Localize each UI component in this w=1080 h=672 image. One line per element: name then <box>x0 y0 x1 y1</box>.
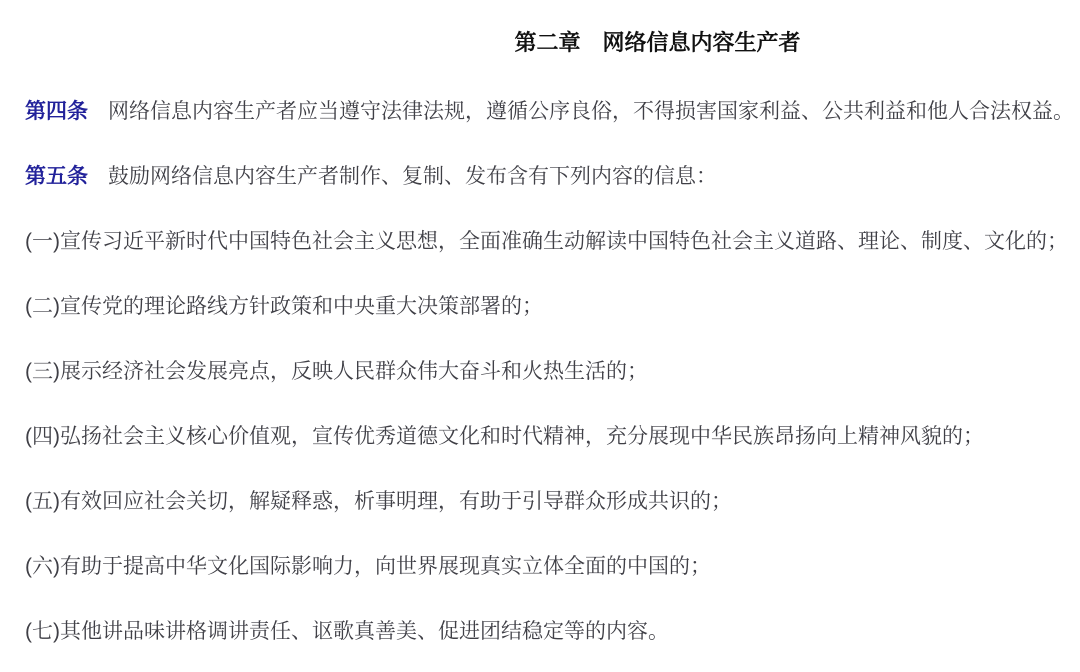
list-item-1: (一)宣传习近平新时代中国特色社会主义思想，全面准确生动解读中国特色社会主义道路… <box>25 209 1070 274</box>
article-4-text: 网络信息内容生产者应当遵守法律法规，遵循公序良俗，不得损害国家利益、公共利益和他… <box>108 100 1074 123</box>
list-item-6: (六)有助于提高中华文化国际影响力，向世界展现真实立体全面的中国的； <box>25 534 1070 599</box>
list-item-4: (四)弘扬社会主义核心价值观，宣传优秀道德文化和时代精神，充分展现中华民族昂扬向… <box>25 404 1070 469</box>
list-item-5: (五)有效回应社会关切，解疑释惑，析事明理，有助于引导群众形成共识的； <box>25 469 1070 534</box>
article-4-label: 第四条 <box>25 100 88 123</box>
article-paragraph: 第五条鼓励网络信息内容生产者制作、复制、发布含有下列内容的信息： <box>25 144 1070 209</box>
list-item-7: (七)其他讲品味讲格调讲责任、讴歌真善美、促进团结稳定等的内容。 <box>25 599 1070 664</box>
chapter-title: 第二章 网络信息内容生产者 <box>245 10 1070 75</box>
list-item-2: (二)宣传党的理论路线方针政策和中央重大决策部署的； <box>25 274 1070 339</box>
article-5-label: 第五条 <box>25 165 88 188</box>
article-paragraph: 第四条网络信息内容生产者应当遵守法律法规，遵循公序良俗，不得损害国家利益、公共利… <box>25 79 1070 144</box>
document-page: 第二章 网络信息内容生产者 第四条网络信息内容生产者应当遵守法律法规，遵循公序良… <box>0 0 1080 672</box>
article-5-text: 鼓励网络信息内容生产者制作、复制、发布含有下列内容的信息： <box>108 165 717 188</box>
list-item-3: (三)展示经济社会发展亮点，反映人民群众伟大奋斗和火热生活的； <box>25 339 1070 404</box>
